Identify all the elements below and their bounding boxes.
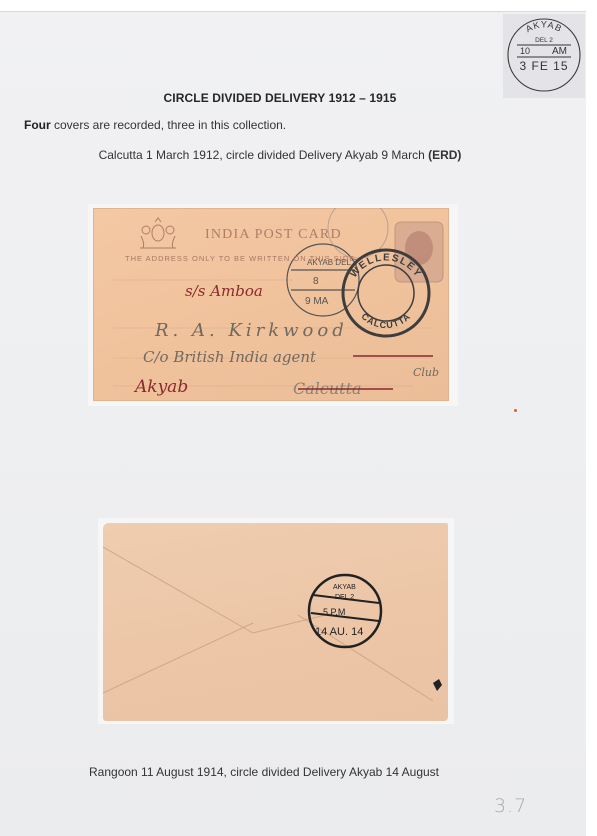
svg-text:CALCUTTA: CALCUTTA <box>359 311 412 330</box>
svg-text:DEL 2: DEL 2 <box>535 37 553 44</box>
intro-rest: covers are recorded, three in this colle… <box>51 118 286 132</box>
svg-text:5 P.M: 5 P.M <box>323 607 345 617</box>
akyab-postmark-icon: AKYAB DEL 2 10 AM 3 FE 15 <box>503 14 585 98</box>
svg-text:DEL 2: DEL 2 <box>335 594 354 601</box>
svg-text:Club: Club <box>413 366 439 379</box>
svg-text:C/o British India agent: C/o British India agent <box>143 348 317 366</box>
card-heading: INDIA POST CARD <box>205 227 342 243</box>
postmark-illustration: AKYAB DEL 2 10 AM 3 FE 15 <box>503 14 585 98</box>
page-title: CIRCLE DIVIDED DELIVERY 1912 – 1915 <box>0 91 560 105</box>
item1-caption-text: Calcutta 1 March 1912, circle divided De… <box>99 148 428 162</box>
envelope-artwork: AKYAB DEL 2 5 P.M 14 AU. 14 <box>103 523 448 721</box>
envelope-back: AKYAB DEL 2 5 P.M 14 AU. 14 <box>103 523 448 721</box>
intro-text: Four covers are recorded, three in this … <box>24 118 286 132</box>
svg-text:AM: AM <box>552 46 567 57</box>
ink-mark <box>433 679 442 691</box>
speck <box>514 409 517 412</box>
svg-text:10: 10 <box>520 46 530 56</box>
svg-text:s/s Amboa: s/s Amboa <box>185 282 263 300</box>
item2-caption: Rangoon 11 August 1914, circle divided D… <box>89 765 439 779</box>
svg-text:9 MA: 9 MA <box>305 296 329 307</box>
svg-text:R. A. Kirkwood: R. A. Kirkwood <box>154 320 348 341</box>
erd-label: (ERD) <box>428 148 461 162</box>
card-instruction: THE ADDRESS ONLY TO BE WRITTEN ON THIS S… <box>125 254 355 263</box>
sheet-edge <box>0 11 586 12</box>
svg-text:14 AU. 14: 14 AU. 14 <box>315 626 363 638</box>
page-number: 3.7 <box>494 795 527 817</box>
svg-text:3 FE 15: 3 FE 15 <box>519 59 568 73</box>
india-post-card: AKYAB DEL 2 8 9 MA WELLESLEY CALCUTTA s/… <box>93 208 449 401</box>
coat-of-arms-icon <box>140 218 176 248</box>
svg-text:Akyab: Akyab <box>133 377 188 397</box>
item1-caption: Calcutta 1 March 1912, circle divided De… <box>0 148 560 162</box>
intro-bold: Four <box>24 118 51 132</box>
envelope-flap-lines <box>103 547 433 701</box>
svg-text:8: 8 <box>313 276 319 287</box>
svg-text:AKYAB: AKYAB <box>333 584 356 591</box>
